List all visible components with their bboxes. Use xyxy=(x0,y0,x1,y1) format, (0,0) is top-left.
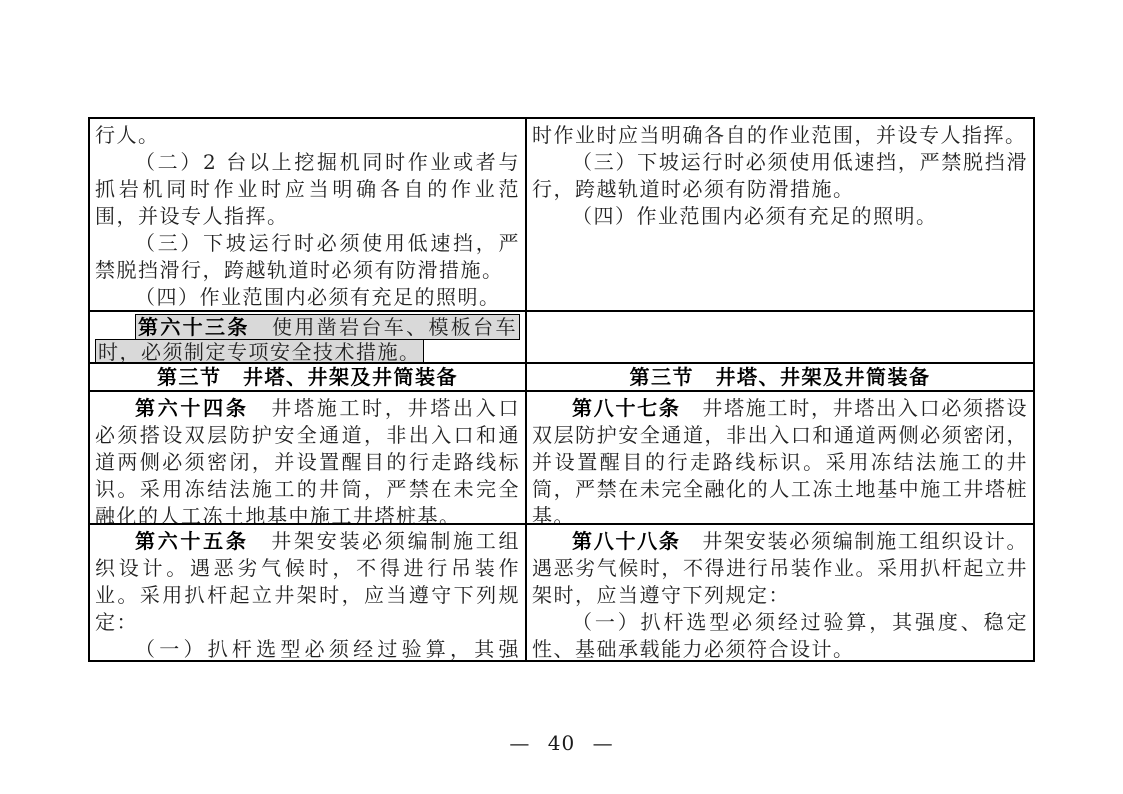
article-number: 第六十三条 xyxy=(138,315,250,339)
table-cell-left: 第六十三条 使用凿岩台车、模板台车时，必须制定专项安全技术措施。 xyxy=(90,312,527,362)
text-run: 行人。 xyxy=(95,123,160,147)
paragraph: 第八十七条 井塔施工时，井塔出入口必须搭设双层防护安全通道，非出入口和通道两侧必… xyxy=(532,395,1028,523)
paragraph: 第六十三条 使用凿岩台车、模板台车时，必须制定专项安全技术措施。 xyxy=(95,315,520,362)
page-number: — 40 — xyxy=(509,731,613,755)
article-number: 第六十五条 xyxy=(135,529,249,553)
text-run: （三）下坡运行时必须使用低速挡，严禁脱挡滑行，跨越轨道时必须有防滑措施。 xyxy=(532,150,1028,201)
table-cell-left: 第六十四条 井塔施工时，井塔出入口必须搭设双层防护安全通道，非出入口和通道两侧必… xyxy=(90,392,527,523)
paragraph: （四）作业范围内必须有充足的照明。 xyxy=(95,284,520,310)
document-page: 行人。（二）2 台以上挖掘机同时作业或者与抓岩机同时作业时应当明确各自的作业范围… xyxy=(0,0,1123,794)
table-cell-left: 第三节 井塔、井架及井筒装备 xyxy=(90,364,527,390)
article-number: 第八十八条 xyxy=(572,529,681,553)
paragraph: （四）作业范围内必须有充足的照明。 xyxy=(532,203,1028,230)
paragraph: 时作业时应当明确各自的作业范围，并设专人指挥。 xyxy=(532,122,1028,149)
highlighted-clause: 第六十三条 使用凿岩台车、模板台车时，必须制定专项安全技术措施。 xyxy=(95,314,520,362)
paragraph: 第六十四条 井塔施工时，井塔出入口必须搭设双层防护安全通道，非出入口和通道两侧必… xyxy=(95,395,520,523)
paragraph: （三）下坡运行时必须使用低速挡，严禁脱挡滑行，跨越轨道时必须有防滑措施。 xyxy=(95,230,520,284)
table-cell-right: 第八十七条 井塔施工时，井塔出入口必须搭设双层防护安全通道，非出入口和通道两侧必… xyxy=(527,392,1033,523)
text-run: （二）2 台以上挖掘机同时作业或者与抓岩机同时作业时应当明确各自的作业范围，并设… xyxy=(95,150,520,228)
text-run: （一）扒杆选型必须经过验算，其强度、稳定性、基础承载能力必须符合设计。 xyxy=(532,610,1028,660)
paragraph: （三）下坡运行时必须使用低速挡，严禁脱挡滑行，跨越轨道时必须有防滑措施。 xyxy=(532,149,1028,203)
row-continuation-text: 行人。（二）2 台以上挖掘机同时作业或者与抓岩机同时作业时应当明确各自的作业范围… xyxy=(90,119,1033,312)
paragraph: 第八十八条 井架安装必须编制施工组织设计。遇恶劣气候时，不得进行吊装作业。采用扒… xyxy=(532,528,1028,609)
paragraph: 行人。 xyxy=(95,122,520,149)
row-article-63-highlighted: 第六十三条 使用凿岩台车、模板台车时，必须制定专项安全技术措施。 xyxy=(90,312,1033,364)
text-run: （三）下坡运行时必须使用低速挡，严禁脱挡滑行，跨越轨道时必须有防滑措施。 xyxy=(95,231,520,282)
row-article-64-87: 第六十四条 井塔施工时，井塔出入口必须搭设双层防护安全通道，非出入口和通道两侧必… xyxy=(90,392,1033,525)
text-run: 时作业时应当明确各自的作业范围，并设专人指挥。 xyxy=(532,123,1027,147)
table-cell-right: 第八十八条 井架安装必须编制施工组织设计。遇恶劣气候时，不得进行吊装作业。采用扒… xyxy=(527,525,1033,660)
table-cell-left: 第六十五条 井架安装必须编制施工组织设计。遇恶劣气候时，不得进行吊装作业。采用扒… xyxy=(90,525,527,660)
text-run: （一）扒杆选型必须经过验算，其强度、稳定性、基础承载能力必须符合设计。 xyxy=(95,637,520,660)
text-run: （四）作业范围内必须有充足的照明。 xyxy=(135,285,501,309)
table-cell-right xyxy=(527,312,1033,362)
paragraph: 第三节 井塔、井架及井筒装备 xyxy=(95,364,520,390)
article-number: 第六十四条 xyxy=(135,396,249,420)
paragraph: （一）扒杆选型必须经过验算，其强度、稳定性、基础承载能力必须符合设计。 xyxy=(95,636,520,660)
article-number: 第八十七条 xyxy=(572,396,681,420)
table-cell-right: 第三节 井塔、井架及井筒装备 xyxy=(527,364,1033,390)
text-run: （四）作业范围内必须有充足的照明。 xyxy=(572,204,938,228)
article-number: 第三节 井塔、井架及井筒装备 xyxy=(157,365,458,389)
paragraph: （一）扒杆选型必须经过验算，其强度、稳定性、基础承载能力必须符合设计。 xyxy=(532,609,1028,660)
paragraph: （二）2 台以上挖掘机同时作业或者与抓岩机同时作业时应当明确各自的作业范围，并设… xyxy=(95,149,520,230)
comparison-table: 行人。（二）2 台以上挖掘机同时作业或者与抓岩机同时作业时应当明确各自的作业范围… xyxy=(88,117,1035,662)
article-number: 第三节 井塔、井架及井筒装备 xyxy=(630,365,931,389)
row-article-65-88: 第六十五条 井架安装必须编制施工组织设计。遇恶劣气候时，不得进行吊装作业。采用扒… xyxy=(90,525,1033,660)
paragraph: 第六十五条 井架安装必须编制施工组织设计。遇恶劣气候时，不得进行吊装作业。采用扒… xyxy=(95,528,520,636)
paragraph: 第三节 井塔、井架及井筒装备 xyxy=(532,364,1028,390)
page-footer: — 40 — xyxy=(0,731,1123,755)
table-cell-right: 时作业时应当明确各自的作业范围，并设专人指挥。（三）下坡运行时必须使用低速挡，严… xyxy=(527,119,1033,310)
table-cell-left: 行人。（二）2 台以上挖掘机同时作业或者与抓岩机同时作业时应当明确各自的作业范围… xyxy=(90,119,527,310)
row-section-header: 第三节 井塔、井架及井筒装备第三节 井塔、井架及井筒装备 xyxy=(90,364,1033,392)
